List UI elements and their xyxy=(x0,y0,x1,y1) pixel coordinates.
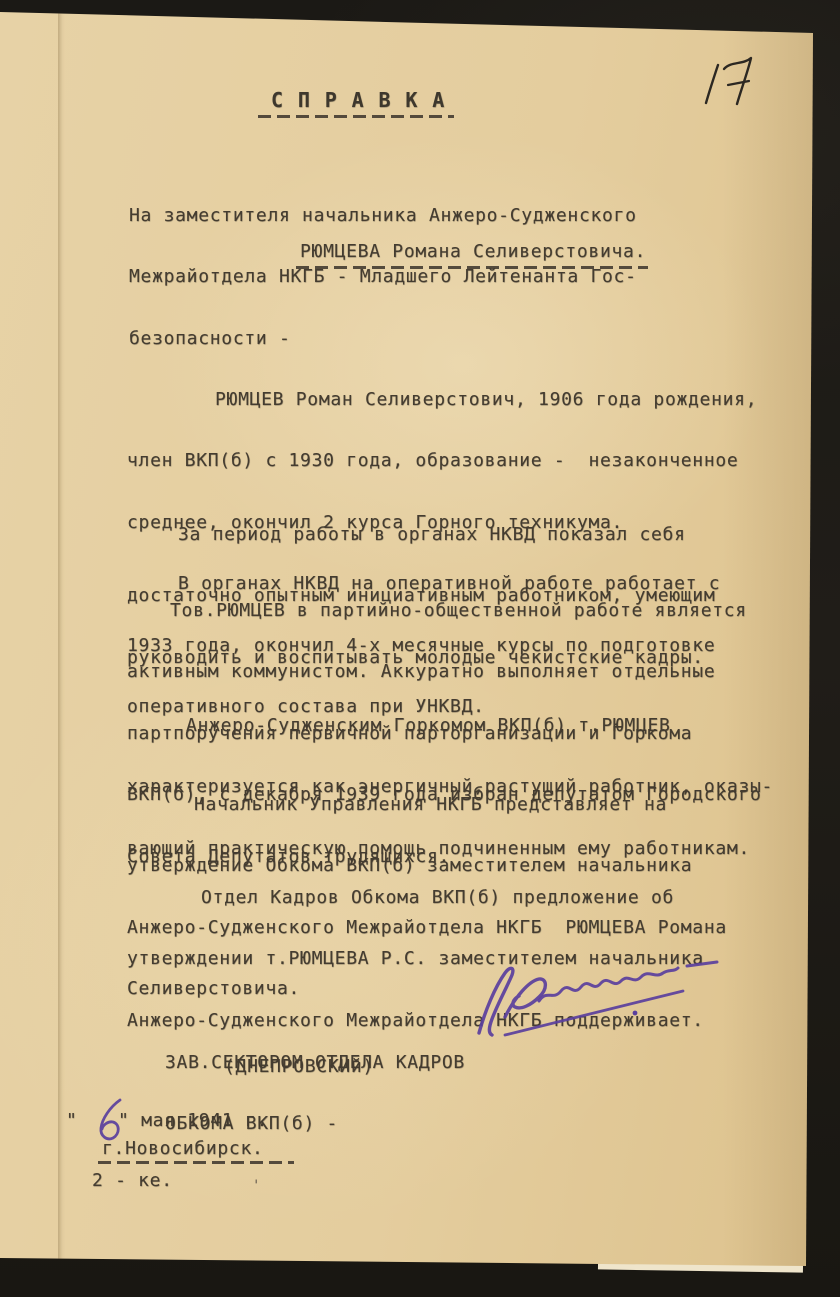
text-line: Межрайотдела НКГБ - Младшего Лейтенанта … xyxy=(129,267,637,286)
text-line: Тов.РЮМЦЕВ в партийно-общественной работ… xyxy=(127,601,762,620)
text-line: Анжеро-Судженским Горкомом ВКП(б) т.РЮМЦ… xyxy=(127,716,773,735)
page-title: С П Р А В К А xyxy=(271,88,446,112)
handwritten-signature xyxy=(465,953,725,1041)
text-line: РЮМЦЕВ Роман Селиверстович, 1906 года ро… xyxy=(127,390,757,409)
signature-typed-name: (ДНЕПРОВСКИй) xyxy=(224,1056,374,1077)
scanned-document: С П Р А В К А На заместителя начальника … xyxy=(0,0,840,1297)
text-line: На заместителя начальника Анжеро-Судженс… xyxy=(129,206,637,225)
text-line: Отдел Кадров Обкома ВКП(б) предложение о… xyxy=(127,888,704,907)
date-text: " мая 1941 г. xyxy=(118,1110,268,1131)
page-fold-crease xyxy=(0,12,58,1261)
stray-mark: ' xyxy=(252,1178,260,1194)
document-page: С П Р А В К А На заместителя начальника … xyxy=(0,0,840,1297)
city-underline xyxy=(98,1161,294,1164)
city-line: г.Новосибирск. xyxy=(102,1138,264,1159)
text-line: безопасности - xyxy=(129,329,637,348)
text-line: Начальник Управления НКГБ представляет н… xyxy=(127,795,727,814)
text-line: член ВКП(б) с 1930 года, образование - н… xyxy=(127,451,757,470)
handwritten-page-number xyxy=(698,52,764,112)
copies-note: 2 - ке. xyxy=(92,1170,173,1191)
title-underline xyxy=(258,115,454,118)
subject-name-underline xyxy=(296,266,648,269)
date-quote-open: " xyxy=(66,1110,78,1131)
subject-name: РЮМЦЕВА Романа Селиверстовича. xyxy=(300,241,646,262)
text-line: За период работы в органах НКВД показал … xyxy=(127,525,715,544)
